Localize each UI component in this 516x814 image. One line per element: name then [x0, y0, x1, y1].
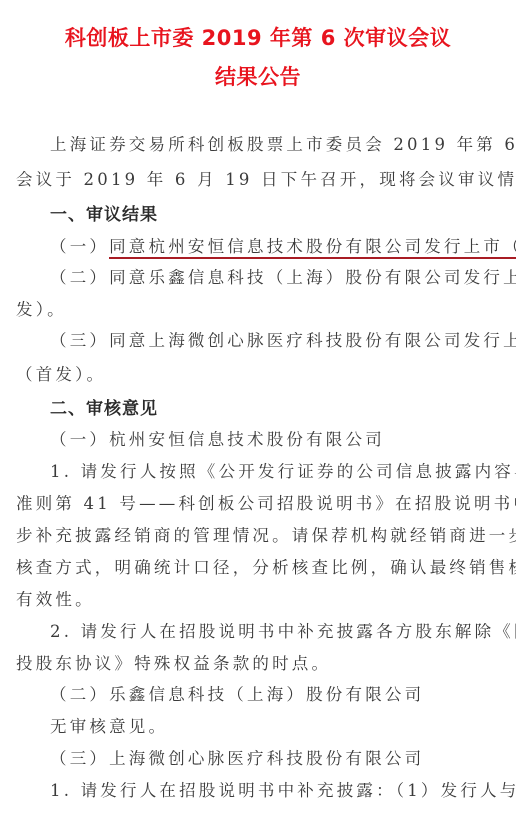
document-title-line1: 科创板上市委 2019 年第 6 次审议会议: [0, 22, 516, 52]
section1-item2-line1: （二）同意乐鑫信息科技（上海）股份有限公司发行上市（首: [50, 264, 516, 288]
company1-opinion1-line3: 步补充披露经销商的管理情况。请保荐机构就经销商进一步说明: [16, 522, 516, 546]
company3-heading: （三）上海微创心脉医疗科技股份有限公司: [50, 745, 424, 769]
section1-item3-line1: （三）同意上海微创心脉医疗科技股份有限公司发行上市: [50, 327, 516, 351]
section1-item1-prefix: （一）: [50, 237, 109, 256]
section1-item1-underlined-text: 同意杭州安恒信息技术股份有限公司发行上市（首发）。: [109, 237, 516, 259]
section1-item1: （一）同意杭州安恒信息技术股份有限公司发行上市（首发）。: [50, 233, 516, 257]
section1-item3-line2: （首发）。: [16, 361, 106, 385]
company1-opinion2-line2: 投股东协议》特殊权益条款的时点。: [16, 650, 331, 674]
section1-heading: 一、审议结果: [50, 200, 158, 225]
company1-opinion1-line5: 有效性。: [16, 586, 95, 610]
company1-opinion1-line4: 核查方式，明确统计口径，分析核查比例，确认最终销售核查的: [16, 554, 516, 578]
company2-opinion1: 无审核意见。: [50, 713, 168, 737]
company1-heading: （一）杭州安恒信息技术股份有限公司: [50, 426, 385, 450]
company1-opinion2-line1: 2. 请发行人在招股说明书中补充披露各方股东解除《阿里创: [50, 618, 516, 642]
section1-item2-line2: 发）。: [16, 296, 67, 320]
section2-heading: 二、审核意见: [50, 394, 158, 419]
company3-opinion1-line1: 1. 请发行人在招股说明书中补充披露：（1）发行人与微创医: [50, 777, 516, 801]
company1-opinion1-line2: 准则第 41 号——科创板公司招股说明书》在招股说明书中进一: [16, 490, 516, 514]
company1-opinion1-line1: 1. 请发行人按照《公开发行证券的公司信息披露内容与格式: [50, 458, 516, 482]
document-title-line2: 结果公告: [0, 61, 516, 91]
announcement-document: 科创板上市委 2019 年第 6 次审议会议 结果公告 上海证券交易所科创板股票…: [0, 0, 516, 814]
intro-line1: 上海证券交易所科创板股票上市委员会 2019 年第 6 次审议: [50, 131, 516, 155]
company2-heading: （二）乐鑫信息科技（上海）股份有限公司: [50, 681, 424, 705]
intro-line2: 会议于 2019 年 6 月 19 日下午召开，现将会议审议情况公告如下：: [16, 166, 516, 190]
